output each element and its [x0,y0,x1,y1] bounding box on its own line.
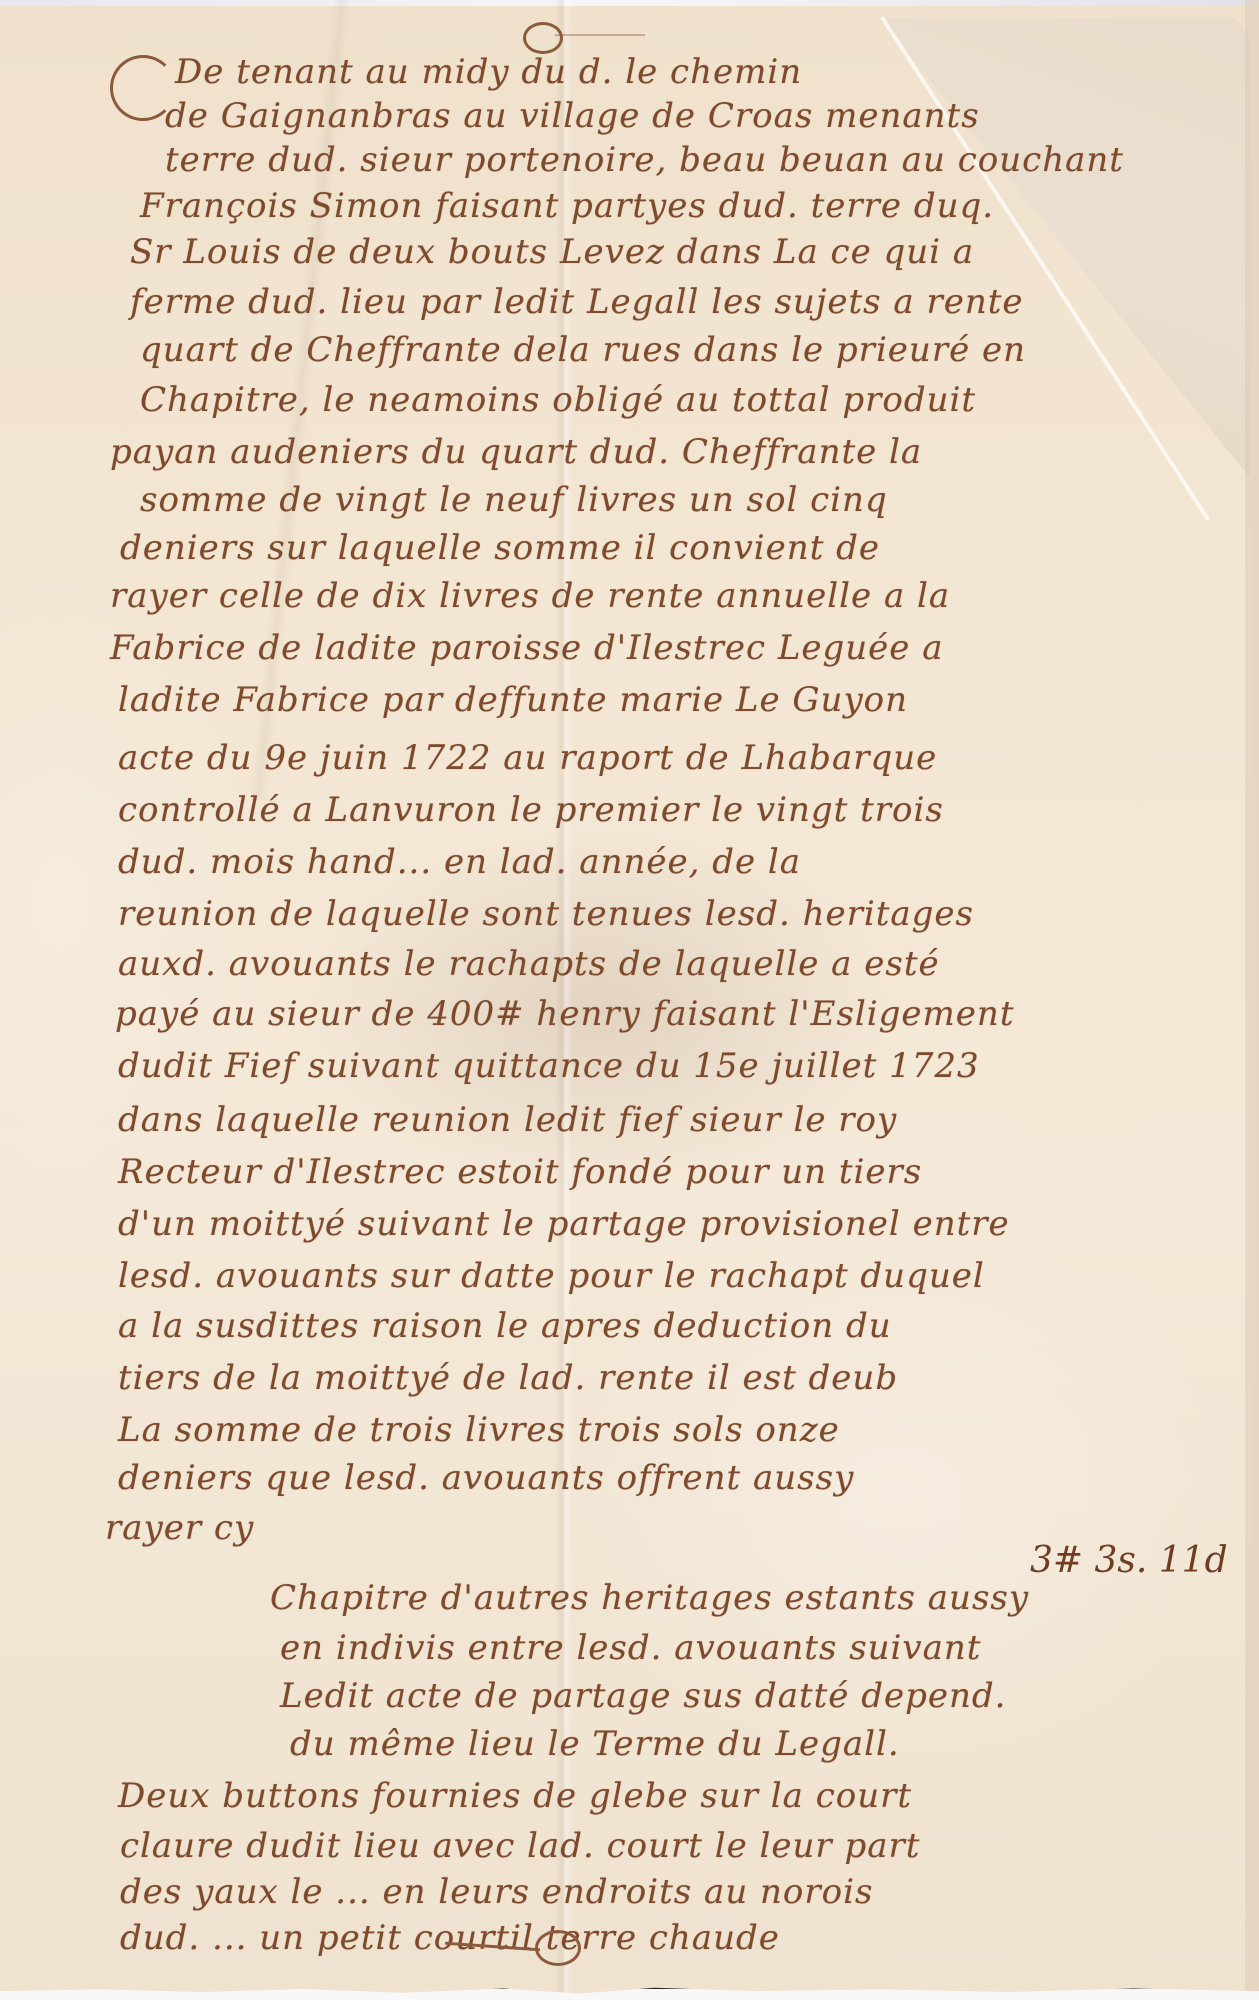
text-line: Fabrice de ladite paroisse d'Ilestrec Le… [110,628,944,668]
torn-bottom-edge [0,1986,1259,2000]
scan-top-edge [0,0,1259,6]
text-line: De tenant au midy du d. le chemin [175,52,802,92]
chapter-line: Ledit acte de partage sus datté depend. [280,1676,1006,1716]
chapter-heading-line: Chapitre d'autres heritages estants auss… [270,1578,1029,1618]
text-line: lesd. avouants sur datte pour le rachapt… [118,1256,985,1296]
chapter-line: en indivis entre lesd. avouants suivant [280,1628,981,1668]
text-line: François Simon faisant partyes dud. terr… [140,186,994,226]
text-line: payan audeniers du quart dud. Cheffrante… [110,432,922,472]
text-line: dans laquelle reunion ledit fief sieur l… [118,1100,897,1140]
text-line: tiers de la moittyé de lad. rente il est… [118,1358,898,1398]
text-line: de Gaignanbras au village de Croas menan… [165,96,980,136]
text-line: deniers sur laquelle somme il convient d… [120,528,880,568]
header-flourish-icon [523,22,563,54]
text-line: rayer celle de dix livres de rente annue… [110,576,950,616]
text-line: Chapitre, le neamoins obligé au tottal p… [140,380,976,420]
text-line: Deux buttons fournies de glebe sur la co… [118,1776,912,1816]
text-line: auxd. avouants le rachapts de laquelle a… [118,944,940,984]
page-right-edge [1245,0,1259,2000]
text-line: des yaux le ... en leurs endroits au nor… [120,1872,873,1912]
chapter-line: du même lieu le Terme du Legall. [290,1724,900,1764]
text-line: quart de Cheffrante dela rues dans le pr… [140,330,1026,370]
header-rule [555,34,645,36]
text-line: d'un moittyé suivant le partage provisio… [118,1204,1010,1244]
text-line: controllé a Lanvuron le premier le vingt… [118,790,944,830]
text-line: reunion de laquelle sont tenues lesd. he… [118,894,974,934]
text-line: acte du 9e juin 1722 au raport de Lhabar… [118,738,937,778]
text-line: Recteur d'Ilestrec estoit fondé pour un … [118,1152,922,1192]
text-line: rayer cy [105,1508,254,1548]
text-line: ladite Fabrice par deffunte marie Le Guy… [118,680,908,720]
text-line: terre dud. sieur portenoire, beau beuan … [165,140,1124,180]
manuscript-page: De tenant au midy du d. le chemin de Gai… [0,0,1259,2000]
text-line: ferme dud. lieu par ledit Legall les suj… [130,282,1024,322]
text-line: a la susdittes raison le apres deduction… [118,1306,892,1346]
text-line: dud. ... un petit courtil terre chaude [120,1918,780,1958]
text-line: payé au sieur de 400# henry faisant l'Es… [115,994,1014,1034]
footer-flourish-icon [535,1930,581,1966]
text-line: somme de vingt le neuf livres un sol cin… [140,480,888,520]
text-line: La somme de trois livres trois sols onze [118,1410,840,1450]
text-line: claure dudit lieu avec lad. court le leu… [120,1826,920,1866]
text-line: dud. mois hand... en lad. année, de la [118,842,801,882]
text-line: deniers que lesd. avouants offrent aussy [118,1458,854,1498]
text-line: Sr Louis de deux bouts Levez dans La ce … [130,232,974,272]
text-line: dudit Fief suivant quittance du 15e juil… [118,1046,980,1086]
margin-total-amount: 3# 3s. 11d [1030,1540,1228,1581]
